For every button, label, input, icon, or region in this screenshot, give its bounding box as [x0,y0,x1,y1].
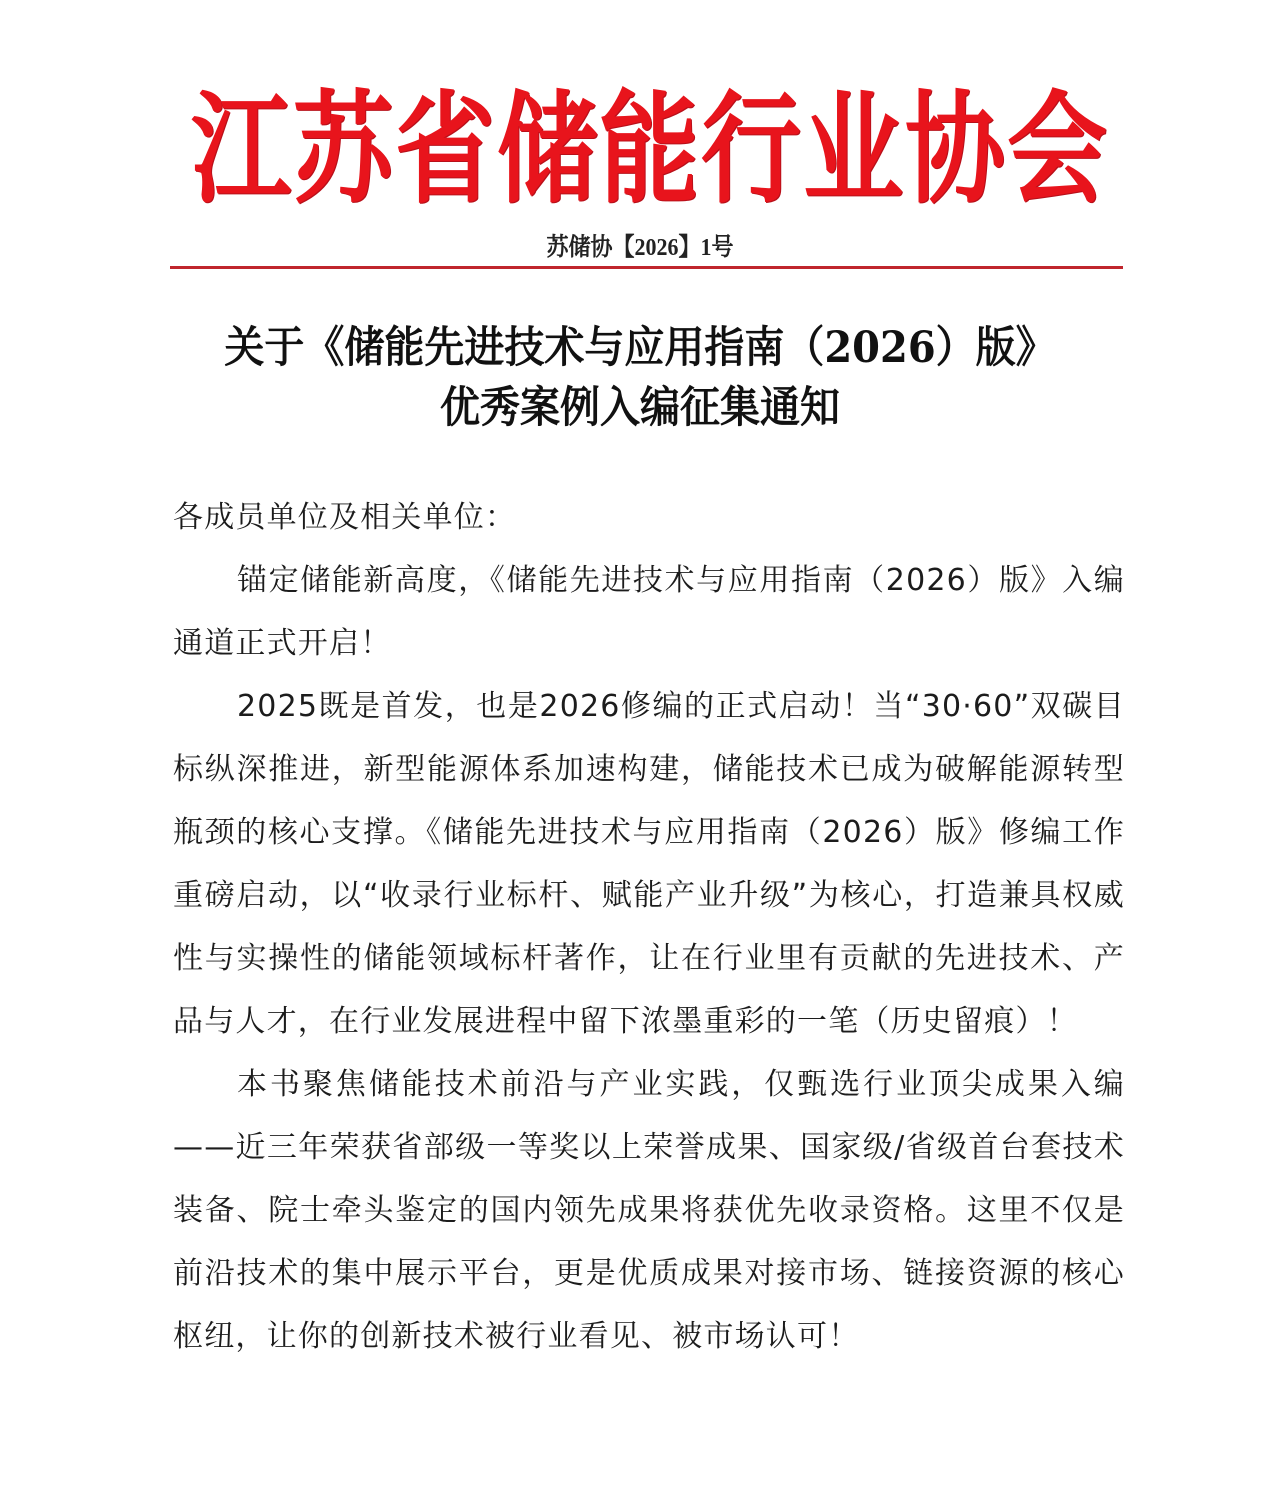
organization-masthead: 江 苏 省 储 能 行 业 协 会 [190,82,1100,222]
body-paragraph: 锚定储能新高度，《储能先进技术与应用指南（2026）版》入编通道正式开启！ [173,549,1125,675]
body-paragraph: 本书聚焦储能技术前沿与产业实践，仅甄选行业顶尖成果入编——近三年荣获省部级一等奖… [173,1053,1125,1368]
masthead-char: 会 [1007,92,1107,212]
masthead-char: 行 [701,92,801,212]
masthead-char: 能 [599,92,699,212]
document-page: 江 苏 省 储 能 行 业 协 会 苏储协【2026】1号 关于《储能先进技术与… [0,0,1280,1498]
document-body: 各成员单位及相关单位： 锚定储能新高度，《储能先进技术与应用指南（2026）版》… [173,486,1125,1368]
title-line-1: 关于《储能先进技术与应用指南（2026）版》 [0,316,1280,381]
masthead-char: 苏 [293,92,393,212]
document-number: 苏储协【2026】1号 [0,228,1280,262]
document-title: 关于《储能先进技术与应用指南（2026）版》 优秀案例入编征集通知 [0,318,1280,438]
masthead-char: 省 [395,92,495,212]
masthead-char: 业 [803,92,903,212]
body-paragraph: 2025既是首发，也是2026修编的正式启动！当“30·60”双碳目标纵深推进，… [173,675,1125,1053]
masthead-char: 储 [497,92,597,212]
masthead-char: 协 [905,92,1005,212]
header-divider [170,266,1123,269]
masthead-char: 江 [191,92,291,212]
title-line-2: 优秀案例入编征集通知 [0,376,1280,441]
salutation: 各成员单位及相关单位： [173,486,1125,549]
